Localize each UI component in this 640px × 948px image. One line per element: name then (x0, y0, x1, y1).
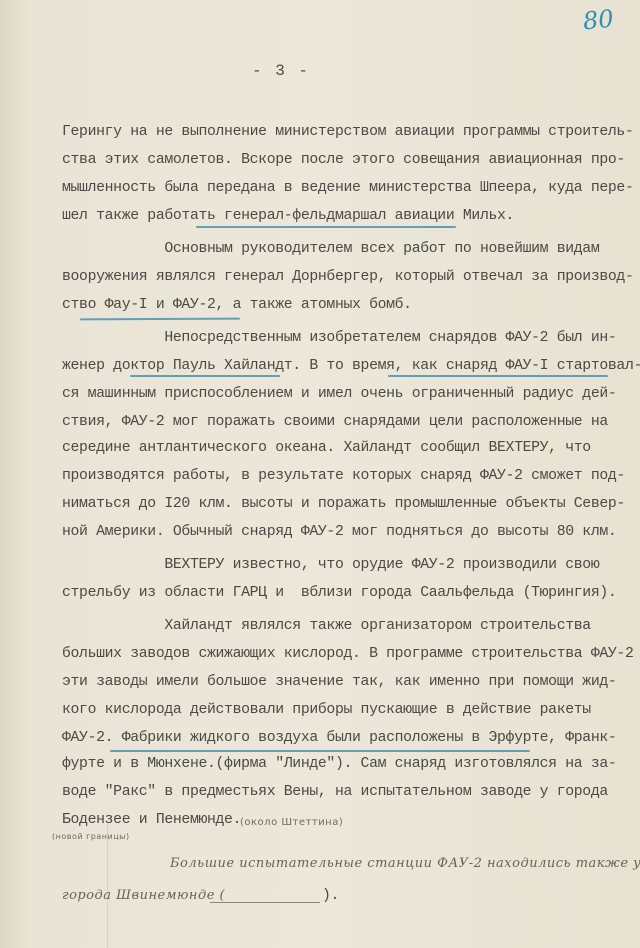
pencil-underline (110, 750, 530, 752)
pencil-underline (80, 318, 240, 321)
text-line: Основным руководителем всех работ по нов… (62, 241, 599, 257)
text-line: эти заводы имели большое значение так, к… (62, 674, 616, 690)
closing-paren: ). (322, 888, 339, 904)
text-line: ной Америки. Обычный снаряд ФАУ-2 мог по… (62, 524, 616, 540)
text-line: вооружения являлся генерал Дорнбергер, к… (62, 269, 633, 285)
text-line: ся машинным приспособлением и имел очень… (62, 386, 616, 402)
blank-fill-line (210, 902, 320, 903)
text-line: женер доктор Пауль Хайландт. В то время,… (62, 358, 640, 374)
text-line: шел также работать генерал-фельдмаршал а… (62, 208, 514, 224)
struck-text-line: города Швинемюнде ( (62, 888, 225, 903)
page-marker: - 3 - (252, 62, 310, 80)
document-page: 80 - 3 - Герингу на не выполнение минист… (0, 0, 640, 948)
text-line: мышленность была передана в ведение мини… (62, 180, 633, 196)
text-line: воде "Ракс" в предместьях Вены, на испыт… (62, 784, 608, 800)
text-line: Герингу на не выполнение министерством а… (62, 124, 633, 140)
text-line: Хайландт являлся также организатором стр… (62, 618, 591, 634)
text-line: больших заводов сжижающих кислород. В пр… (62, 646, 633, 662)
text-line: ВЕХТЕРУ известно, что орудие ФАУ-2 произ… (62, 557, 599, 573)
text-line: ствия, ФАУ-2 мог поражать своими снаряда… (62, 414, 608, 430)
text-line: ниматься до I20 клм. высоты и поражать п… (62, 496, 625, 512)
text-line: Непосредственным изобретателем снарядов … (62, 330, 616, 346)
text-line: ФАУ-2. Фабрики жидкого воздуха были расп… (62, 730, 616, 746)
pencil-underline (196, 226, 456, 228)
text-line: Бодензее и Пенемюнде. (62, 812, 241, 828)
handwritten-note-border: (новой границы) (52, 832, 130, 841)
text-line: производятся работы, в результате которы… (62, 468, 625, 484)
struck-text-line: Большие испытательные станции ФАУ-2 нахо… (170, 856, 640, 871)
text-line: середине антлантического океана. Хайланд… (62, 440, 591, 456)
pencil-underline (130, 375, 280, 377)
text-line: ство Фау-I и ФАУ-2, а также атомных бомб… (62, 297, 412, 313)
handwritten-note-stettin: (около Штеттина) (240, 817, 343, 828)
text-line: стрельбу из области ГАРЦ и вблизи города… (62, 585, 616, 601)
text-line: кого кислорода действовали приборы пуска… (62, 702, 591, 718)
pencil-underline (388, 375, 608, 377)
text-line: ства этих самолетов. Вскоре после этого … (62, 152, 625, 168)
folio-number-handwritten: 80 (582, 4, 615, 35)
text-line: фурте и в Мюнхене.(фирма "Линде"). Сам с… (62, 756, 616, 772)
